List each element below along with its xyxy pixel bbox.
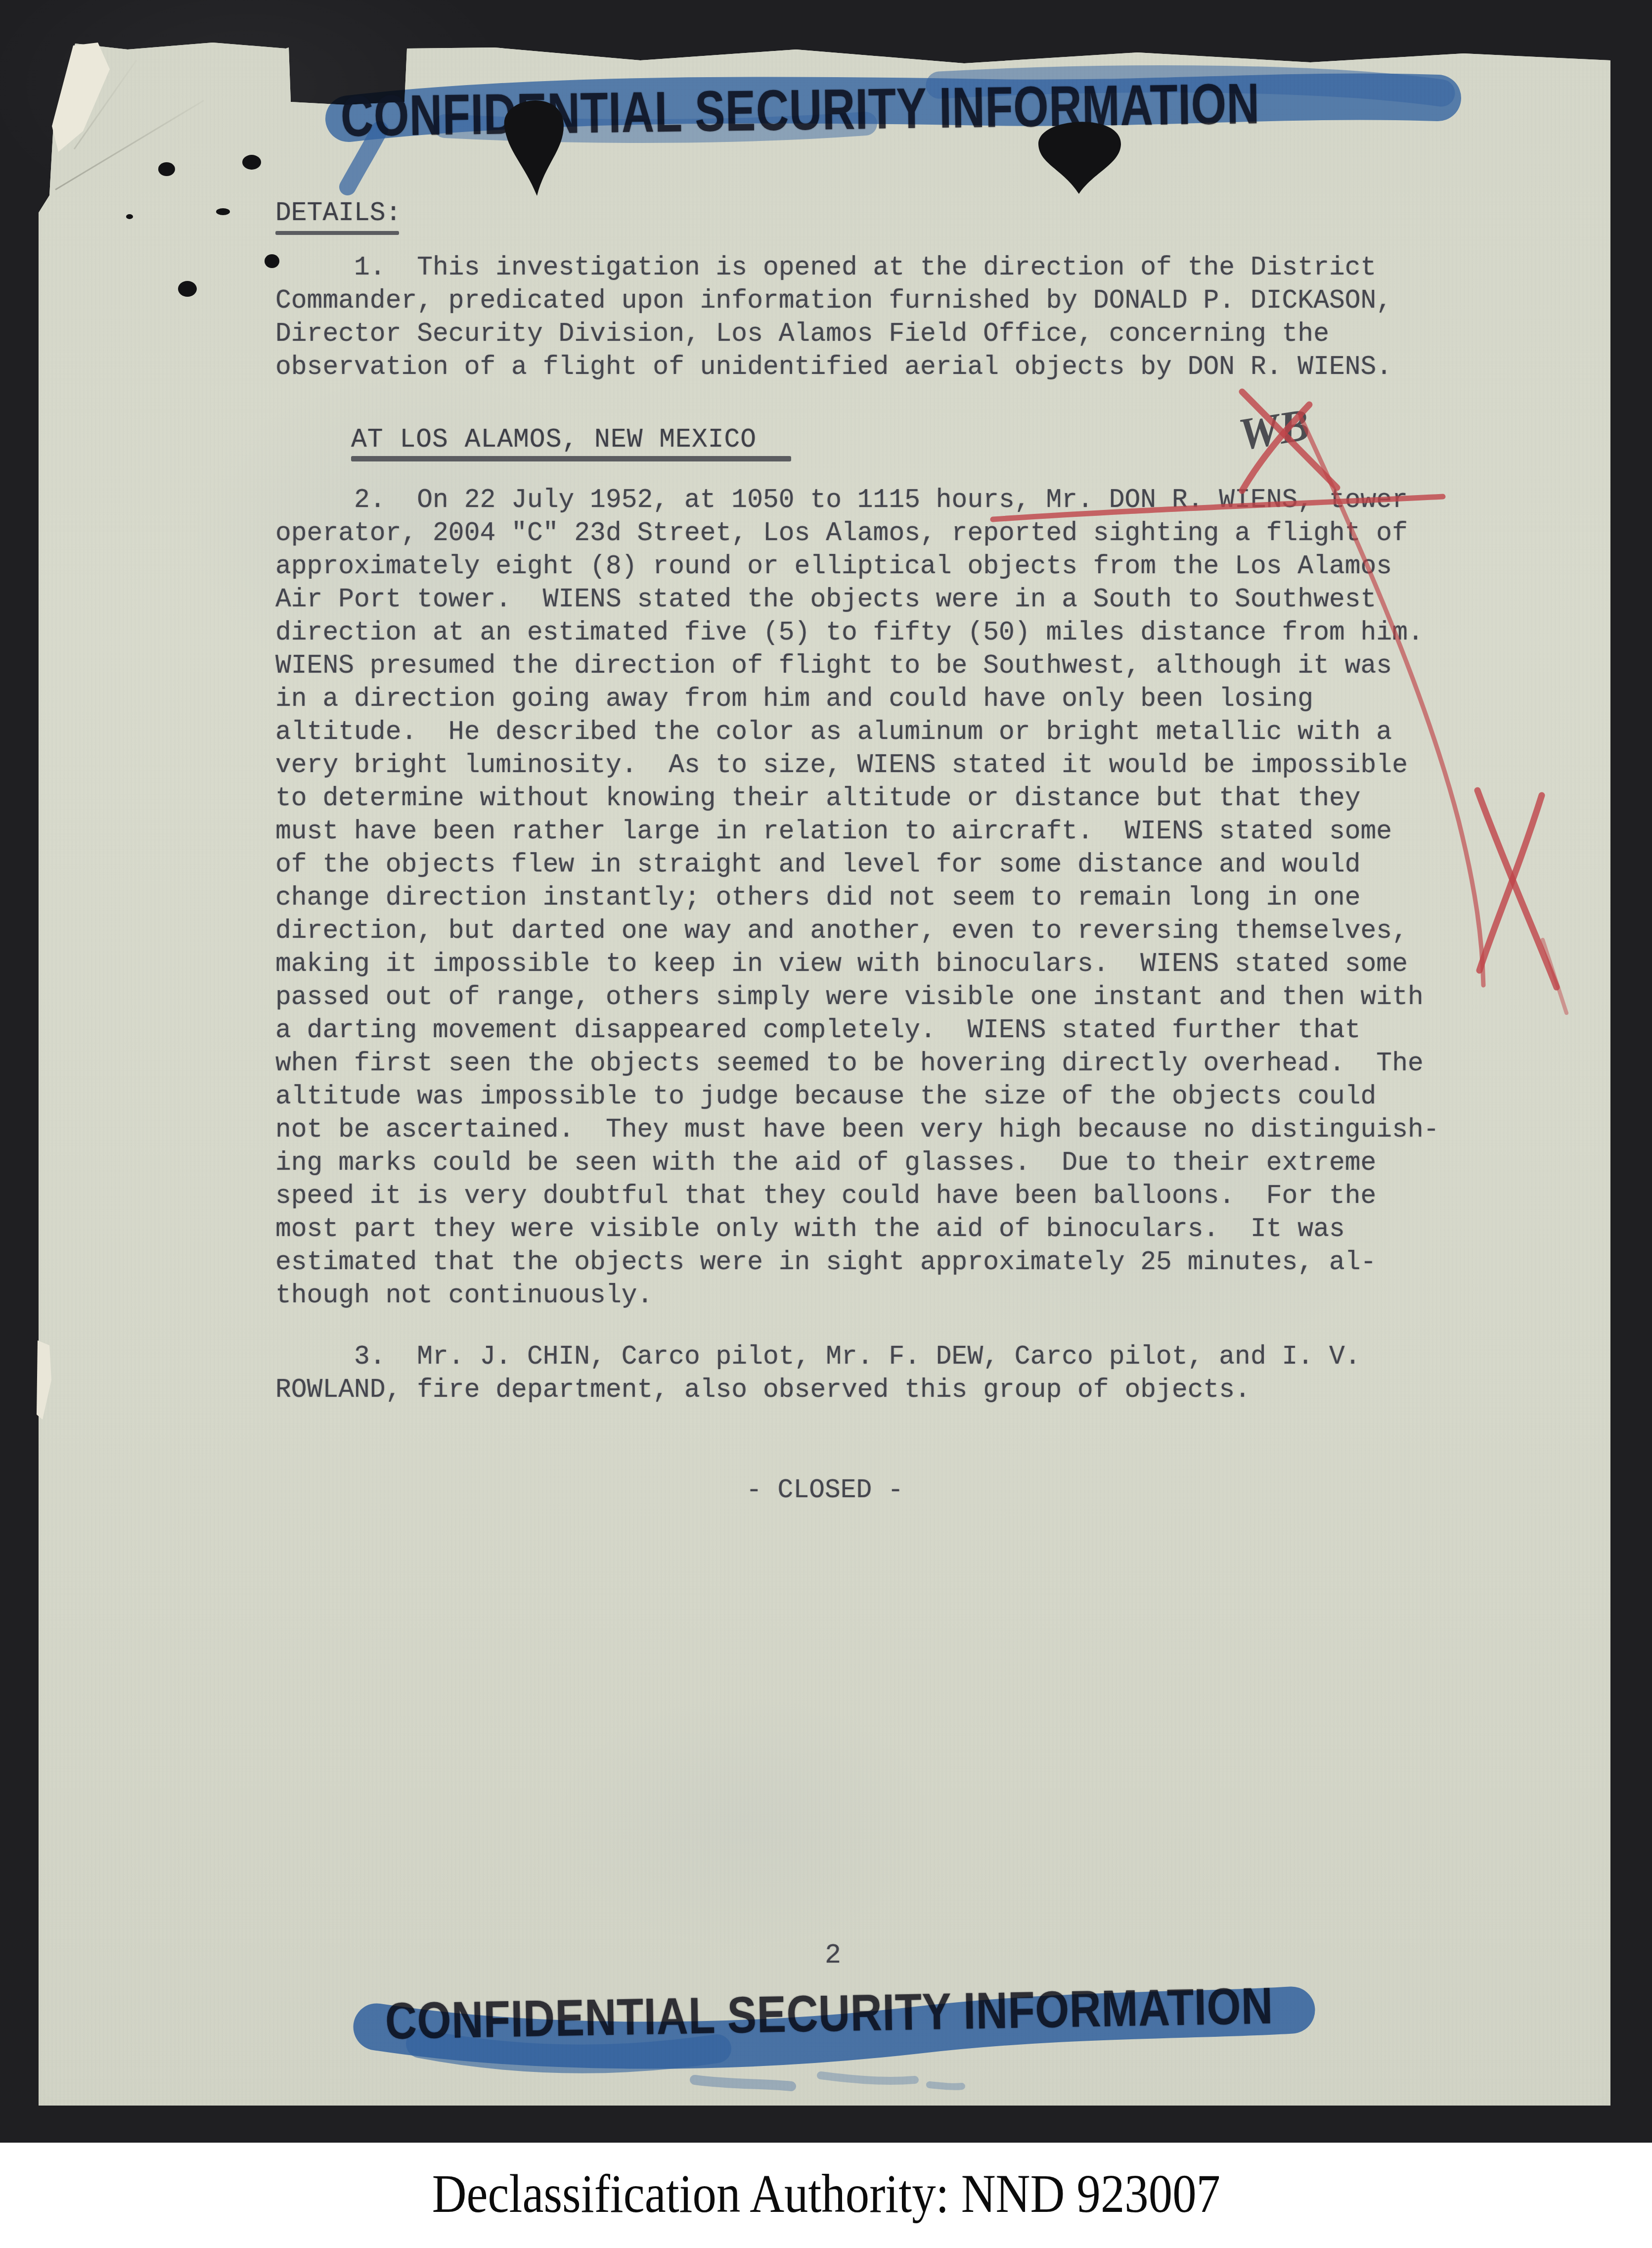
- scanner-backing: DETAILS: 1. This investigation is opened…: [0, 0, 1652, 2143]
- declassified-document-scan: DETAILS: 1. This investigation is opened…: [0, 0, 1652, 2248]
- declassification-authority-text: Declassification Authority: NND 923007: [432, 2162, 1220, 2225]
- declassification-strip: Declassification Authority: NND 923007: [0, 2143, 1652, 2248]
- ink-blots-and-holes: [0, 0, 1652, 2143]
